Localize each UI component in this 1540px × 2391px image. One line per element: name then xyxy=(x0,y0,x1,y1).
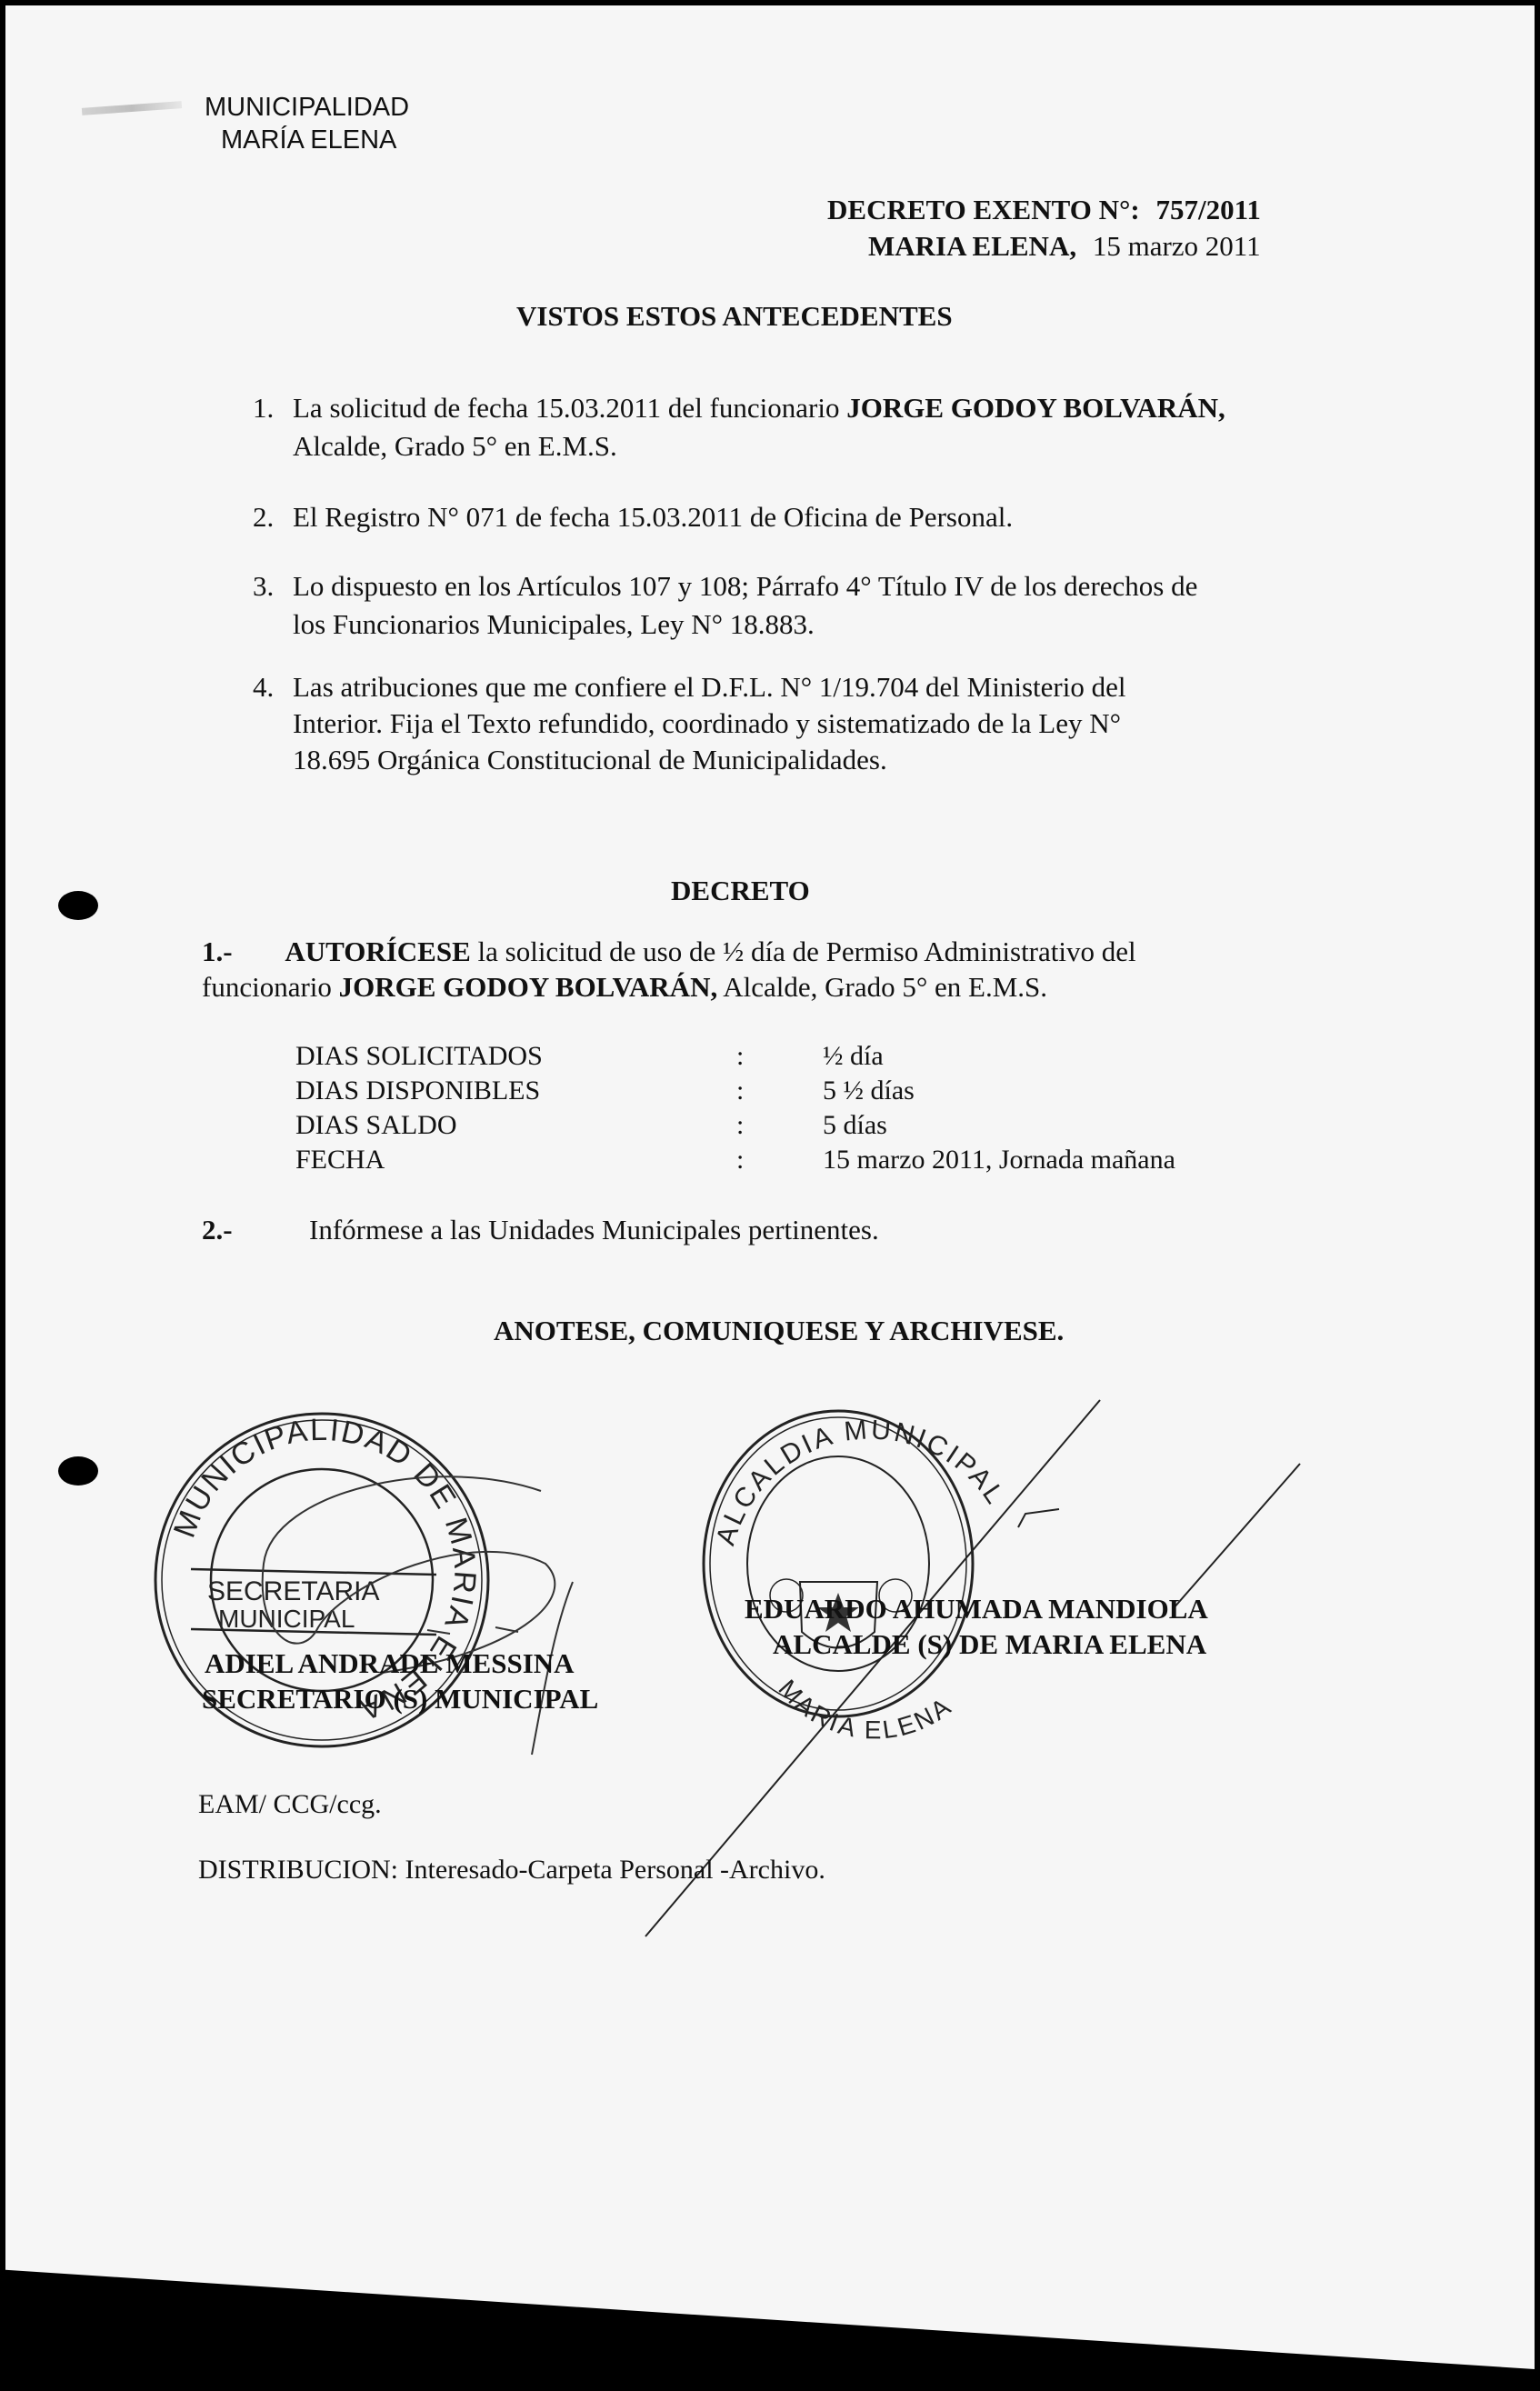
secretary-role: SECRETARIO (S) MUNICIPAL xyxy=(202,1683,598,1716)
stamps-and-signatures: MUNICIPALIDAD DE MARIA ELENA SECRETARIA … xyxy=(0,0,1540,2391)
secretary-name: ADIEL ANDRADE MESSINA xyxy=(205,1647,575,1680)
distribution-list: DISTRIBUCION: Interesado-Carpeta Persona… xyxy=(198,1855,825,1886)
mayor-role: ALCALDE (S) DE MARIA ELENA xyxy=(773,1628,1206,1661)
reference-initials: EAM/ CCG/ccg. xyxy=(198,1789,382,1820)
stamp-center-line1: SECRETARIA xyxy=(207,1576,379,1606)
svg-text:MARIA ELENA: MARIA ELENA xyxy=(773,1675,957,1745)
mayor-name: EDUARDO AHUMADA MANDIOLA xyxy=(745,1593,1208,1626)
svg-text:ALCALDIA MUNICIPAL: ALCALDIA MUNICIPAL xyxy=(711,1415,1012,1548)
